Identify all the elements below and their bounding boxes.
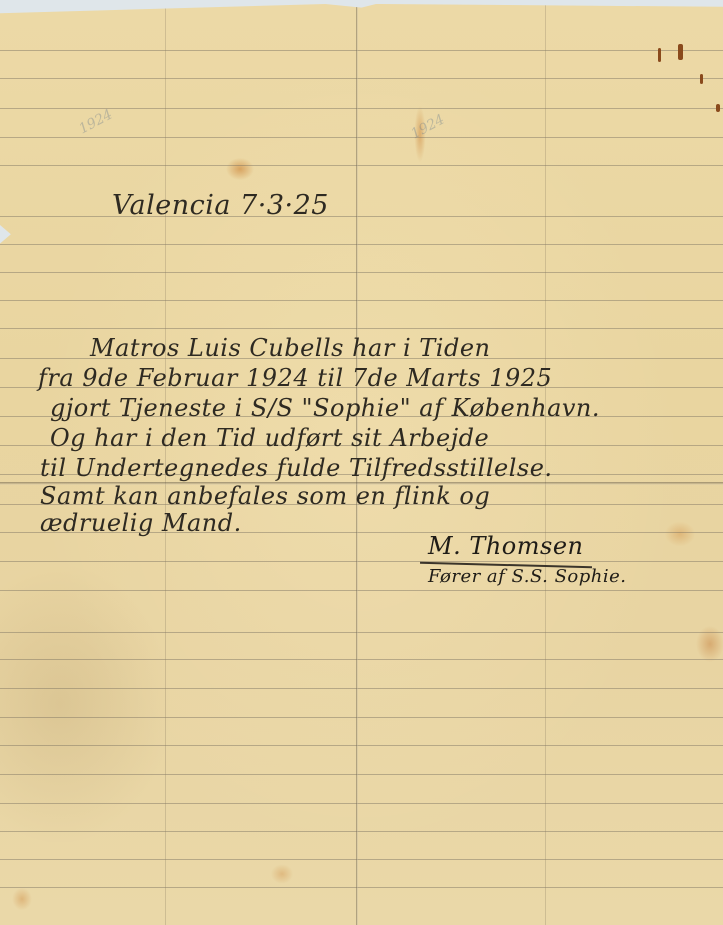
letter-sheet: 1924 1924 Valencia 7·3·25 Matros Luis Cu…	[0, 4, 723, 925]
rule-line	[0, 745, 723, 746]
rule-line	[0, 859, 723, 860]
rule-line	[0, 659, 723, 660]
body-line-5: til Undertegnedes fulde Tilfredsstillels…	[40, 454, 553, 482]
signature-title: Fører af S.S. Sophie.	[428, 566, 627, 587]
rule-line	[0, 688, 723, 689]
signature: M. Thomsen	[428, 532, 583, 560]
rule-line	[0, 216, 723, 217]
rule-line	[0, 887, 723, 888]
rust-stain	[716, 104, 720, 112]
rule-line	[0, 831, 723, 832]
rule-line	[0, 774, 723, 775]
body-line-6: Samt kan anbefales som en flink og	[40, 482, 490, 510]
rule-line	[0, 272, 723, 273]
rule-line	[0, 328, 723, 329]
date-line: Valencia 7·3·25	[112, 190, 329, 221]
rule-line	[0, 78, 723, 79]
rule-line	[0, 717, 723, 718]
rust-stain	[658, 48, 661, 62]
rule-line	[0, 632, 723, 633]
rule-line	[0, 165, 723, 166]
body-line-7: ædruelig Mand.	[40, 509, 242, 537]
rule-line	[0, 561, 723, 562]
body-line-4: Og har i den Tid udført sit Arbejde	[50, 424, 489, 452]
rust-stain	[678, 44, 683, 60]
body-line-3: gjort Tjeneste i S/S "Sophie" af Københa…	[50, 394, 600, 422]
faint-stamp: 1924	[76, 107, 115, 138]
rule-line	[0, 137, 723, 138]
rule-line	[0, 244, 723, 245]
body-line-2: fra 9de Februar 1924 til 7de Marts 1925	[38, 364, 552, 392]
rule-line	[0, 590, 723, 591]
rust-stain	[700, 74, 703, 84]
rule-line	[0, 803, 723, 804]
rule-line	[0, 300, 723, 301]
rule-line	[0, 50, 723, 51]
body-line-1: Matros Luis Cubells har i Tiden	[90, 334, 490, 362]
